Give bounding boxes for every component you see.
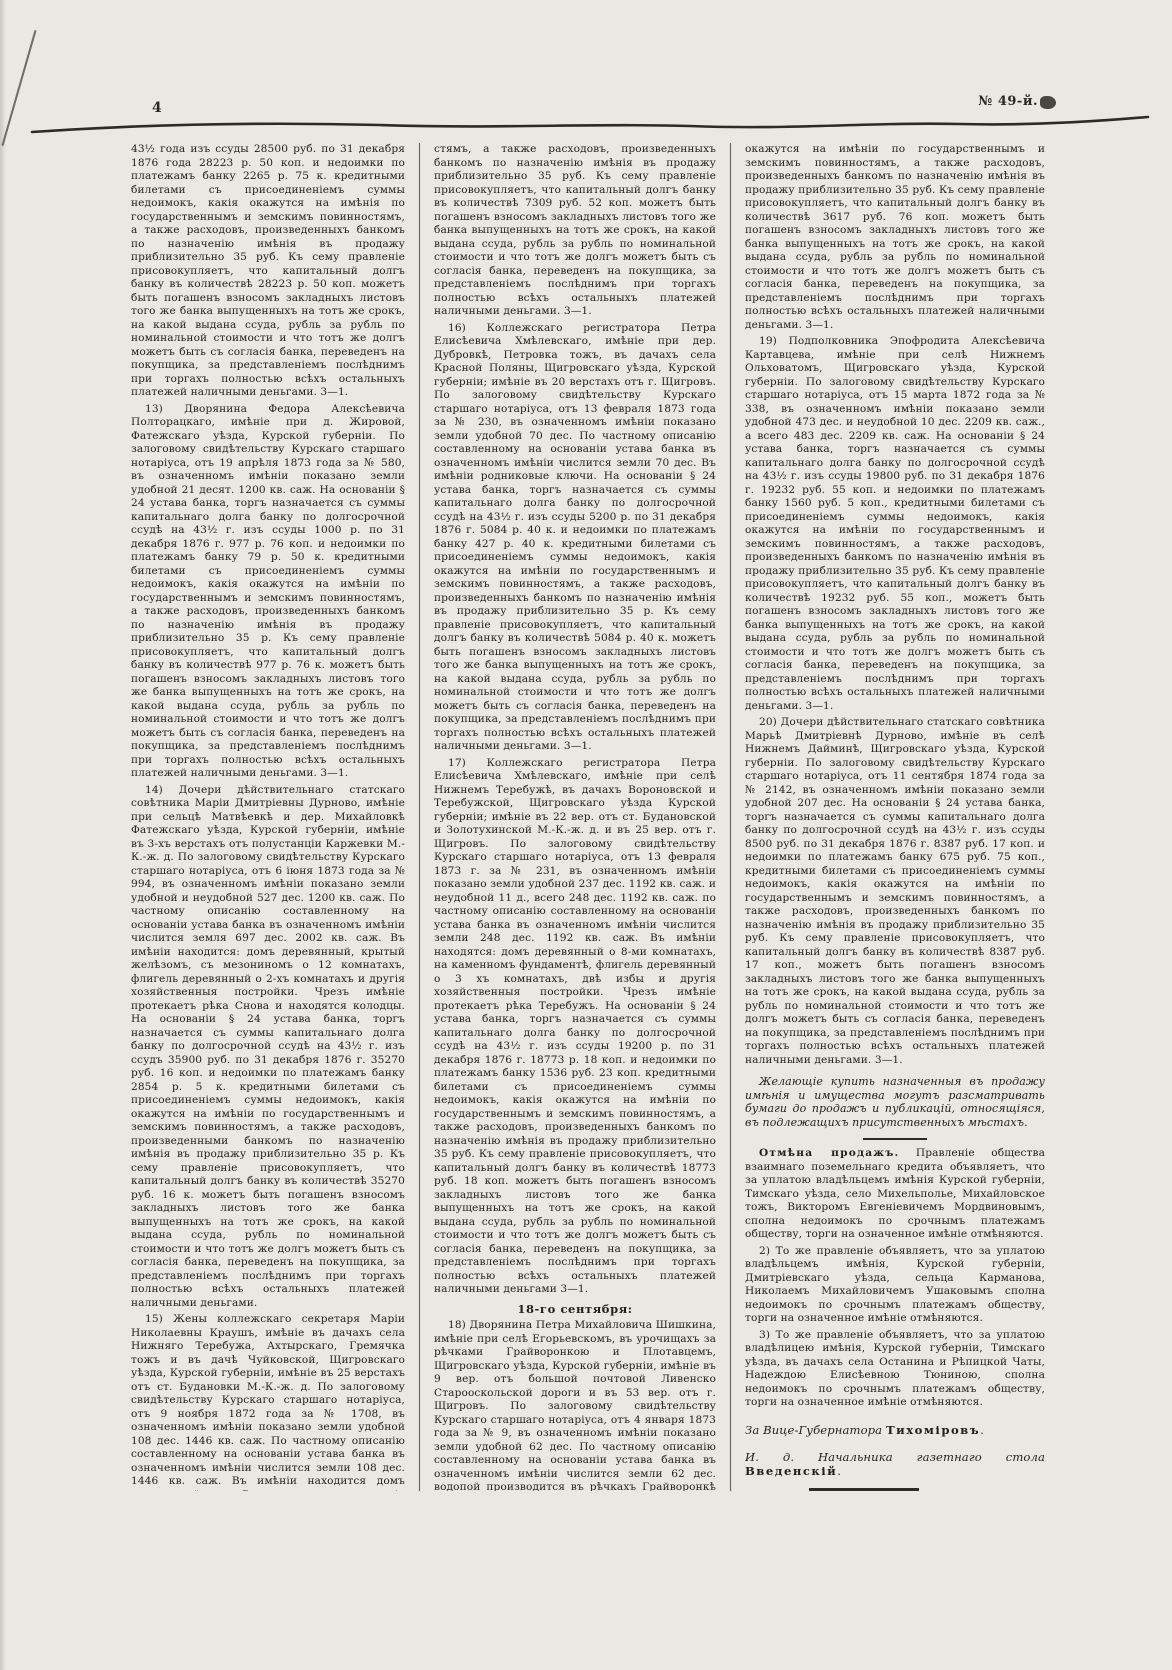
issue-number: № 49-й. bbox=[978, 94, 1038, 109]
end-divider bbox=[809, 1488, 919, 1491]
listing-item-18: 18) Дворянина Петра Михайловича Шишкина,… bbox=[434, 1319, 716, 1491]
column-divider-1 bbox=[419, 143, 420, 1491]
listing-item-15-continuation: стямъ, а также расходовъ, произведенныхъ… bbox=[434, 143, 716, 319]
vice-governor-signature: За Вице-Губернатора Тихоміровъ. bbox=[745, 1424, 1045, 1438]
header-rule bbox=[30, 112, 1150, 138]
column-3: окажутся на имѣніи по государственнымъ и… bbox=[745, 143, 1045, 1491]
article-columns: 43½ года изъ ссуды 28500 руб. по 31 дека… bbox=[131, 143, 1045, 1491]
sale-cancellation-2: 2) То же правленіе объявляетъ, что за уп… bbox=[745, 1245, 1045, 1326]
listing-item-15: 15) Жены коллежскаго секретаря Маріи Ник… bbox=[131, 1313, 405, 1491]
date-heading-18-september: 18-го сентября: bbox=[434, 1303, 716, 1317]
column-2: стямъ, а также расходовъ, произведенныхъ… bbox=[434, 143, 716, 1491]
listing-item-18-continuation: окажутся на имѣніи по государственнымъ и… bbox=[745, 143, 1045, 332]
scan-edge-shadow bbox=[0, 0, 6, 1670]
listing-item-14: 14) Дочери дѣйствительнаго статскаго сов… bbox=[131, 784, 405, 1311]
section-divider bbox=[863, 1138, 927, 1140]
sale-cancellation-1: Отмѣна продажъ. Правленіе общества взаим… bbox=[745, 1147, 1045, 1242]
buyers-notice: Желающіе купить назначенныя въ продажу и… bbox=[745, 1075, 1045, 1129]
column-1: 43½ года изъ ссуды 28500 руб. по 31 дека… bbox=[131, 143, 405, 1491]
listing-item-19: 19) Подполковника Эпофродита Алексѣевича… bbox=[745, 335, 1045, 713]
listing-item-13: 13) Дворянина Федора Алексѣевича Полтора… bbox=[131, 403, 405, 781]
sale-cancellation-3: 3) То же правленіе объявляетъ, что за уп… bbox=[745, 1329, 1045, 1410]
desk-chief-signature: И. д. Начальника газетнаго стола Введенс… bbox=[745, 1451, 1045, 1478]
ink-smudge bbox=[1040, 96, 1056, 109]
listing-item-17: 17) Коллежскаго регистратора Петра Елисѣ… bbox=[434, 757, 716, 1297]
listing-item-12-continuation: 43½ года изъ ссуды 28500 руб. по 31 дека… bbox=[131, 143, 405, 400]
gazette-page-scan: { "page": { "number": "4", "issue": "№ 4… bbox=[0, 0, 1172, 1670]
listing-item-20: 20) Дочери дѣйствительнаго статскаго сов… bbox=[745, 716, 1045, 1067]
column-divider-2 bbox=[730, 143, 731, 1491]
listing-item-16: 16) Коллежскаго регистратора Петра Елисѣ… bbox=[434, 322, 716, 754]
